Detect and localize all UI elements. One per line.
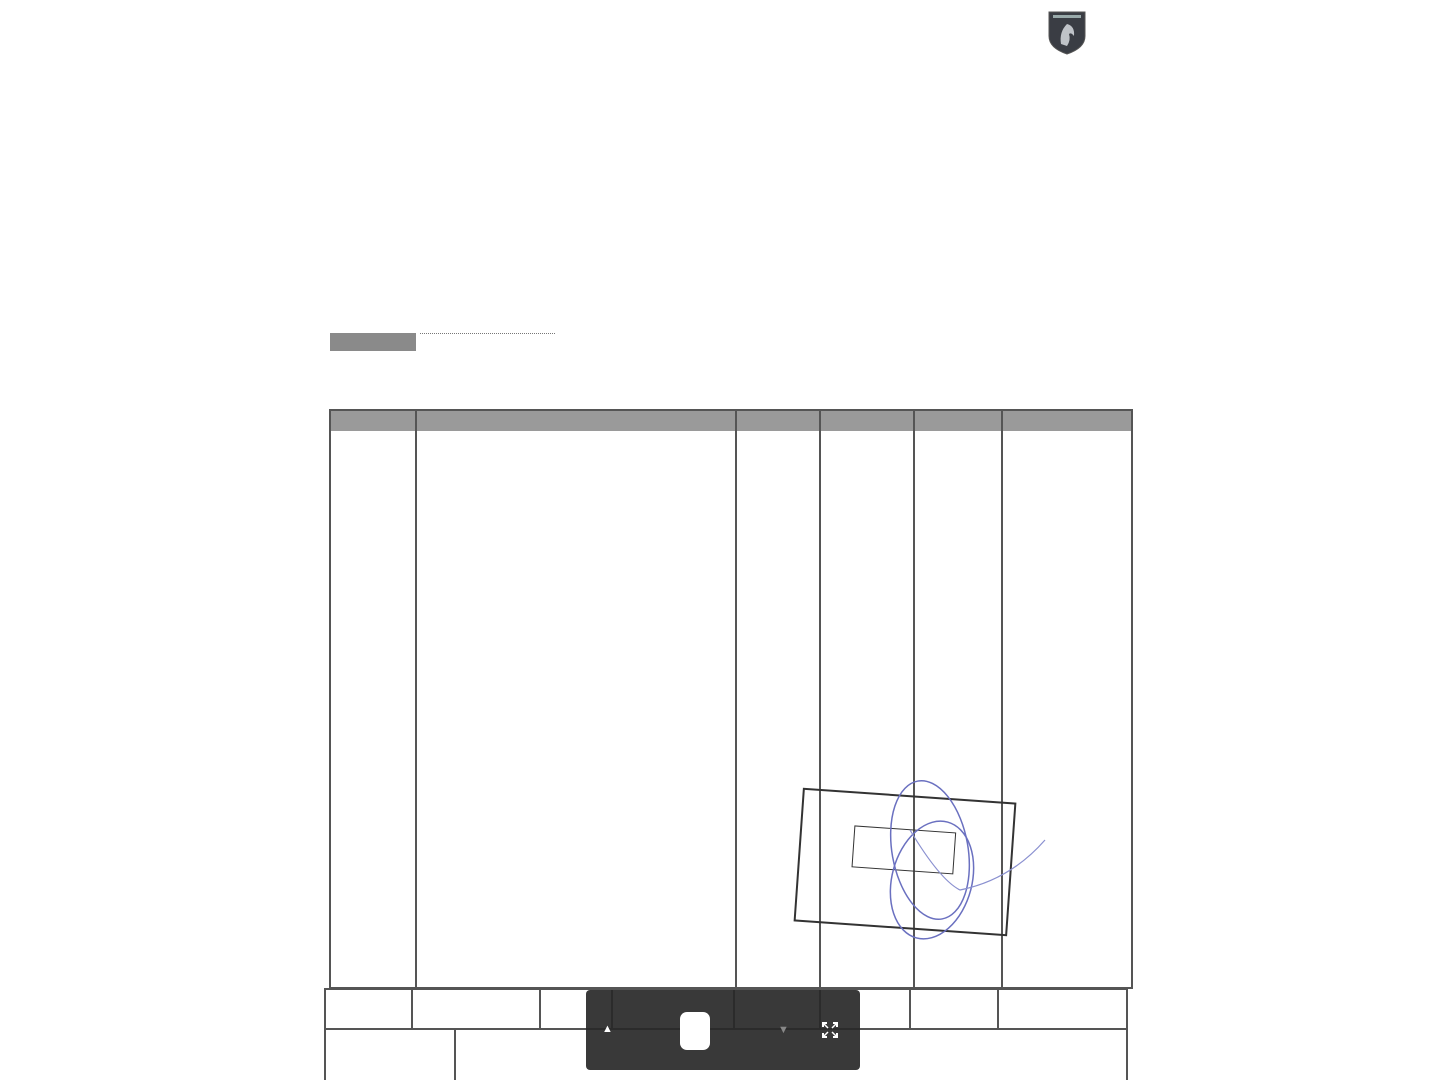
pdf-page-navigator: ▲ ▼ (586, 990, 860, 1070)
descuentos (413, 990, 539, 1028)
invoice-label (330, 333, 416, 351)
stamp-date-box (852, 825, 957, 874)
total-bruto (326, 990, 411, 1028)
items-table (329, 409, 1133, 989)
total-factura (999, 990, 1126, 1028)
header-amount (1001, 411, 1131, 431)
column-divider (415, 411, 417, 987)
table-header (331, 411, 1131, 431)
paid-stamp (794, 788, 1017, 937)
lion-shield-icon (1047, 10, 1087, 56)
client-vehicle-info (787, 257, 1137, 388)
column-divider (735, 411, 737, 987)
barcode-icon (341, 243, 513, 301)
header-price (821, 411, 915, 431)
page-number-input[interactable] (680, 1012, 710, 1050)
column-divider (454, 1030, 456, 1080)
header-quantity (737, 411, 821, 431)
header-code (331, 411, 417, 431)
fullscreen-icon[interactable] (822, 1022, 838, 1038)
invoice-number (420, 333, 555, 334)
previous-page-button[interactable]: ▲ (602, 1023, 613, 1035)
header-description (419, 411, 737, 431)
next-page-button[interactable]: ▼ (778, 1024, 789, 1036)
peugeot-logo (1002, 10, 1132, 62)
header-discount (915, 411, 1001, 431)
otros (911, 990, 997, 1028)
